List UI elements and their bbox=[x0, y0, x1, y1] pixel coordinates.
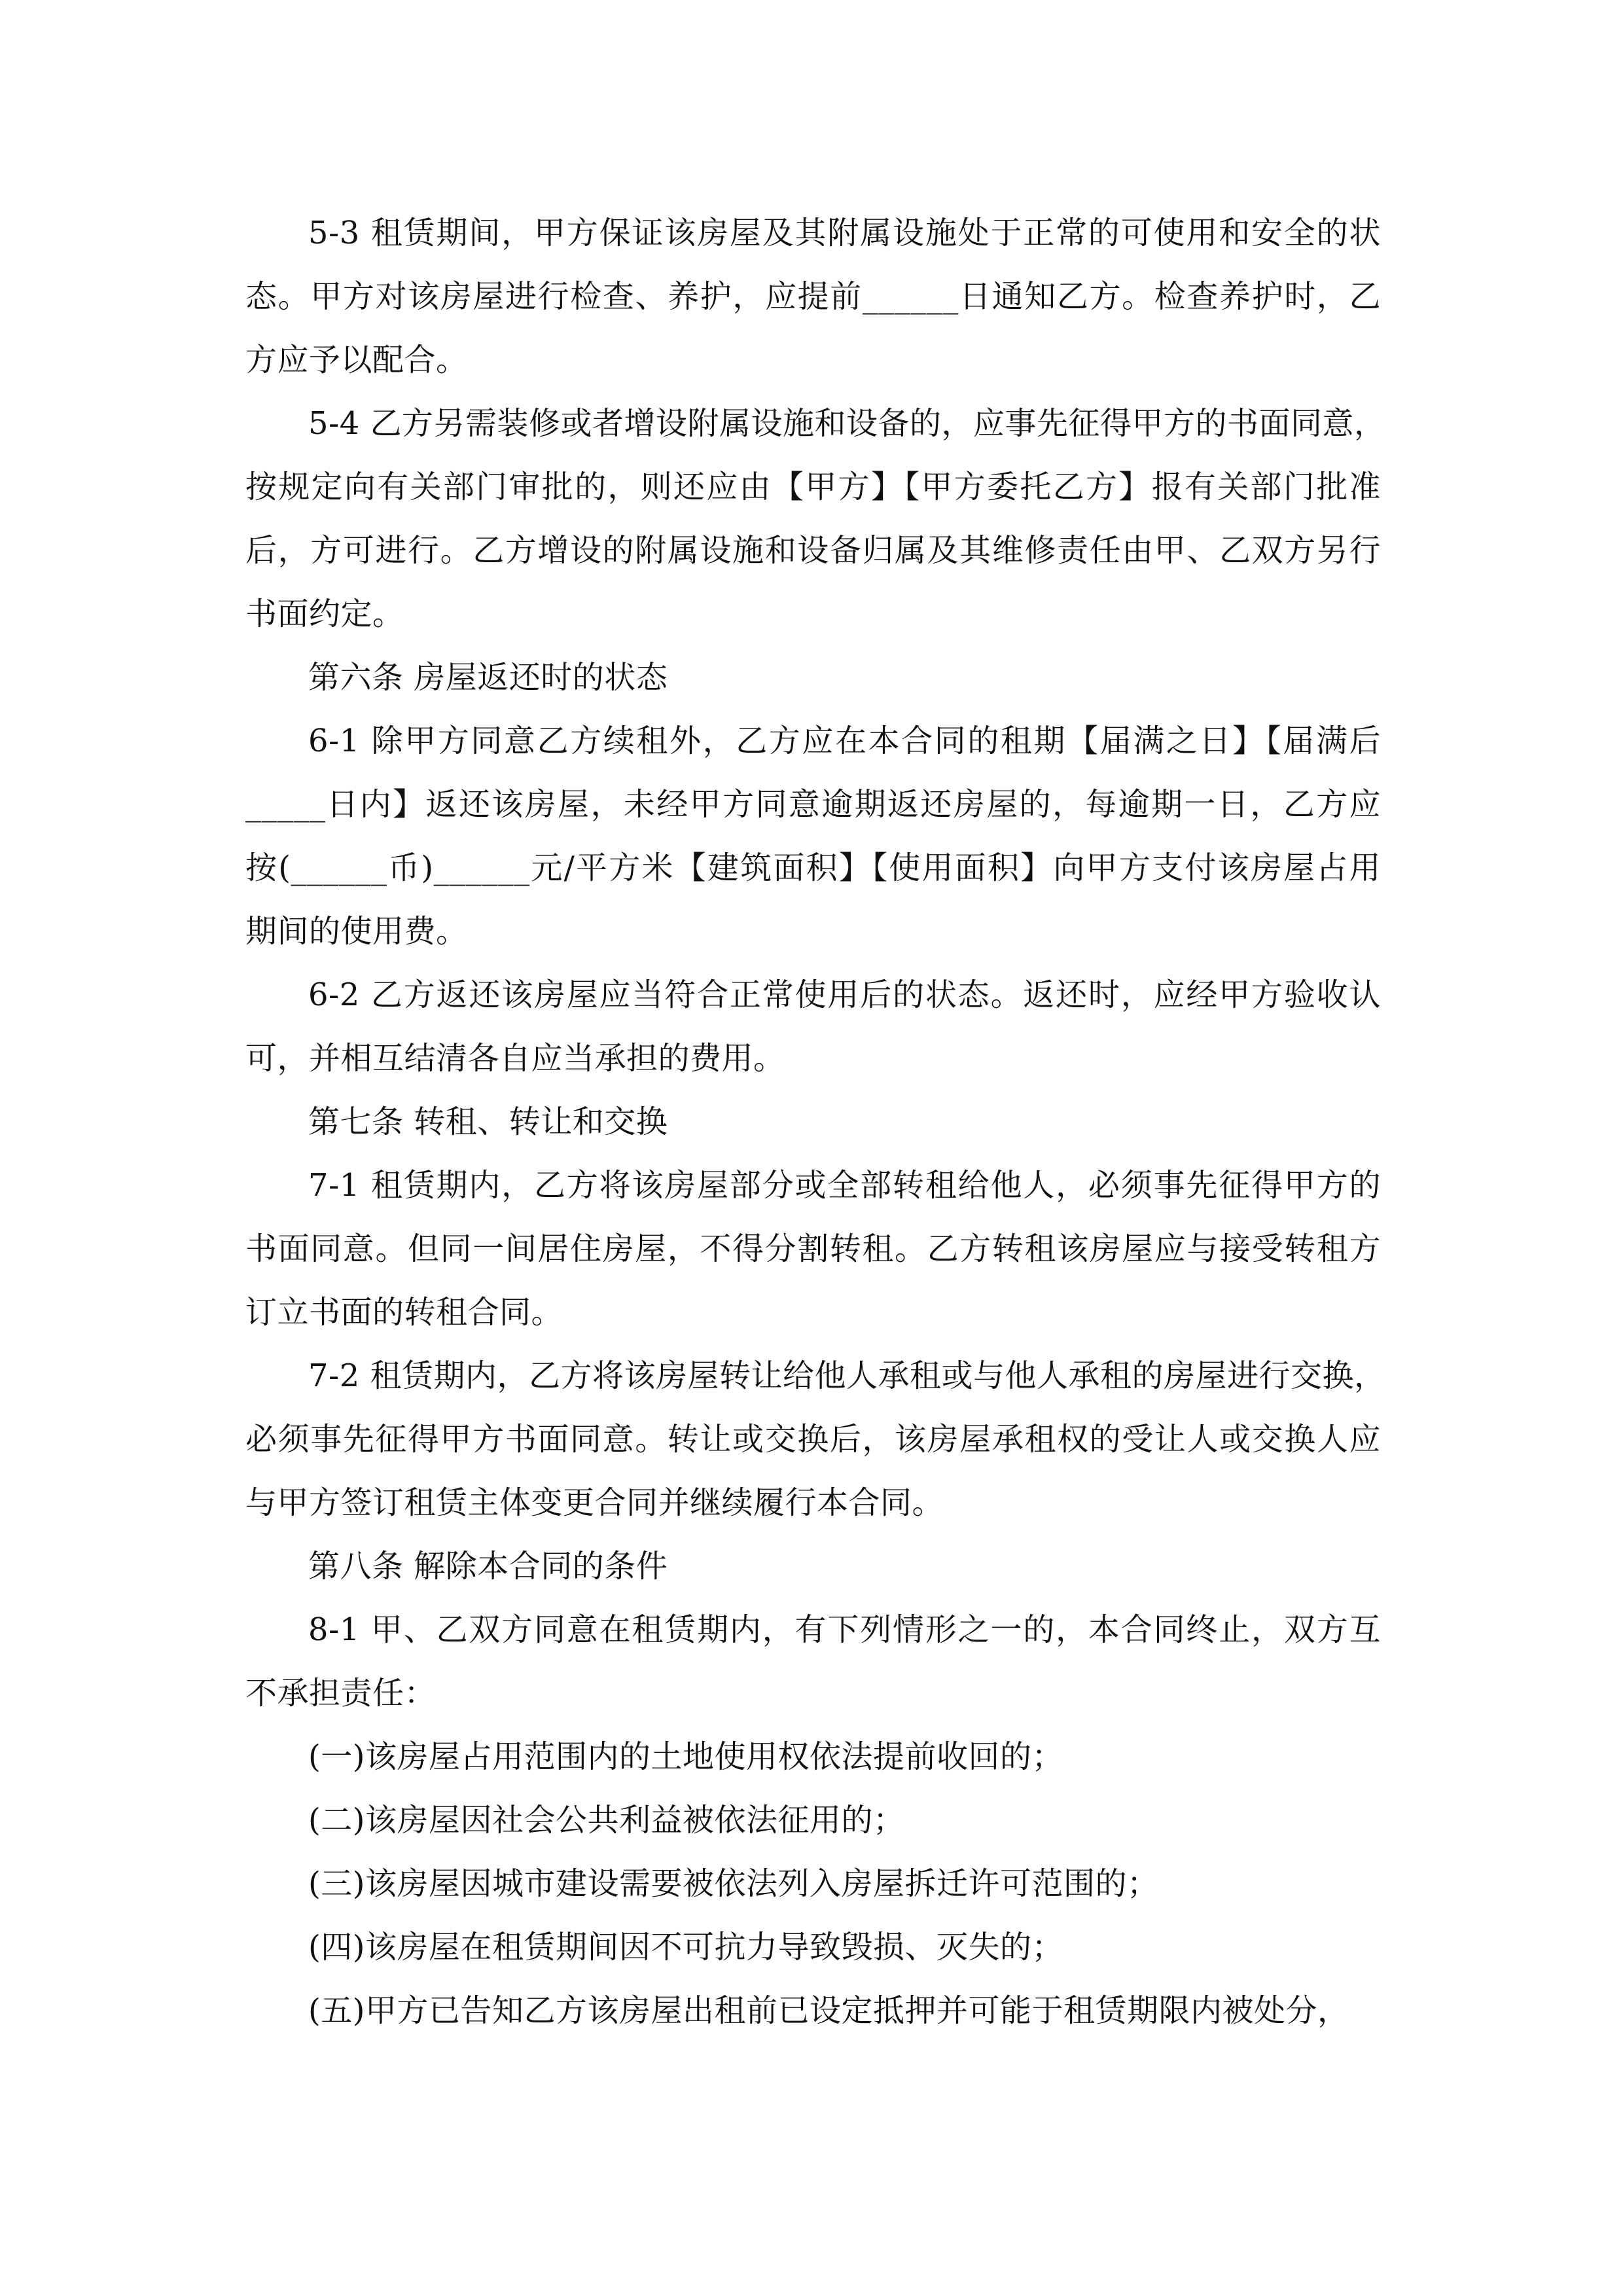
text-line: 按(______币)______元/平方米【建筑面积】【使用面积】向甲方支付该房… bbox=[245, 836, 1381, 900]
text-line: 后，方可进行。乙方增设的附属设施和设备归属及其维修责任由甲、乙双方另行 bbox=[245, 519, 1381, 583]
text-line: 可，并相互结清各自应当承担的费用。 bbox=[245, 1027, 1381, 1090]
text-line: 7-1 租赁期内，乙方将该房屋部分或全部转租给他人，必须事先征得甲方的 bbox=[245, 1154, 1381, 1217]
article-heading-6: 第六条 房屋返还时的状态 bbox=[245, 646, 1381, 709]
text-line: 6-1 除甲方同意乙方续租外，乙方应在本合同的租期【届满之日】【届满后 bbox=[245, 709, 1381, 773]
clause-6-1: 6-1 除甲方同意乙方续租外，乙方应在本合同的租期【届满之日】【届满后 ____… bbox=[245, 709, 1381, 963]
text-line: 方应予以配合。 bbox=[245, 329, 1381, 392]
text-line: _____日内】返还该房屋，未经甲方同意逾期返还房屋的，每逾期一日，乙方应 bbox=[245, 773, 1381, 836]
list-item-2: (二)该房屋因社会公共利益被依法征用的； bbox=[245, 1789, 1381, 1852]
clause-7-1: 7-1 租赁期内，乙方将该房屋部分或全部转租给他人，必须事先征得甲方的 书面同意… bbox=[245, 1154, 1381, 1344]
text-line: 与甲方签订租赁主体变更合同并继续履行本合同。 bbox=[245, 1471, 1381, 1535]
text-line: 6-2 乙方返还该房屋应当符合正常使用后的状态。返还时，应经甲方验收认 bbox=[245, 963, 1381, 1027]
text-line: 书面约定。 bbox=[245, 583, 1381, 646]
document-page: 5-3 租赁期间，甲方保证该房屋及其附属设施处于正常的可使用和安全的状 态。甲方… bbox=[245, 202, 1381, 2043]
text-line: 期间的使用费。 bbox=[245, 900, 1381, 963]
text-line: 不承担责任： bbox=[245, 1662, 1381, 1725]
text-line: 5-4 乙方另需装修或者增设附属设施和设备的，应事先征得甲方的书面同意， bbox=[245, 392, 1381, 456]
text-line: 必须事先征得甲方书面同意。转让或交换后，该房屋承租权的受让人或交换人应 bbox=[245, 1408, 1381, 1471]
text-line: 订立书面的转租合同。 bbox=[245, 1281, 1381, 1344]
list-item-4: (四)该房屋在租赁期间因不可抗力导致毁损、灭失的； bbox=[245, 1916, 1381, 1979]
text-line: 5-3 租赁期间，甲方保证该房屋及其附属设施处于正常的可使用和安全的状 bbox=[245, 202, 1381, 265]
clause-5-4: 5-4 乙方另需装修或者增设附属设施和设备的，应事先征得甲方的书面同意， 按规定… bbox=[245, 392, 1381, 646]
list-item-5: (五)甲方已告知乙方该房屋出租前已设定抵押并可能于租赁期限内被处分， bbox=[245, 1979, 1381, 2043]
list-item-3: (三)该房屋因城市建设需要被依法列入房屋拆迁许可范围的； bbox=[245, 1852, 1381, 1916]
text-line: 书面同意。但同一间居住房屋，不得分割转租。乙方转租该房屋应与接受转租方 bbox=[245, 1217, 1381, 1281]
text-line: 态。甲方对该房屋进行检查、养护，应提前______日通知乙方。检查养护时，乙 bbox=[245, 265, 1381, 329]
list-item-1: (一)该房屋占用范围内的土地使用权依法提前收回的； bbox=[245, 1725, 1381, 1789]
text-line: 按规定向有关部门审批的，则还应由【甲方】【甲方委托乙方】报有关部门批准 bbox=[245, 456, 1381, 519]
text-line: 7-2 租赁期内，乙方将该房屋转让给他人承租或与他人承租的房屋进行交换， bbox=[245, 1344, 1381, 1408]
clause-5-3: 5-3 租赁期间，甲方保证该房屋及其附属设施处于正常的可使用和安全的状 态。甲方… bbox=[245, 202, 1381, 392]
clause-8-1: 8-1 甲、乙双方同意在租赁期内，有下列情形之一的，本合同终止，双方互 不承担责… bbox=[245, 1598, 1381, 1725]
clause-6-2: 6-2 乙方返还该房屋应当符合正常使用后的状态。返还时，应经甲方验收认 可，并相… bbox=[245, 963, 1381, 1090]
clause-7-2: 7-2 租赁期内，乙方将该房屋转让给他人承租或与他人承租的房屋进行交换， 必须事… bbox=[245, 1344, 1381, 1535]
text-line: 8-1 甲、乙双方同意在租赁期内，有下列情形之一的，本合同终止，双方互 bbox=[245, 1598, 1381, 1662]
article-heading-8: 第八条 解除本合同的条件 bbox=[245, 1535, 1381, 1598]
article-heading-7: 第七条 转租、转让和交换 bbox=[245, 1090, 1381, 1154]
